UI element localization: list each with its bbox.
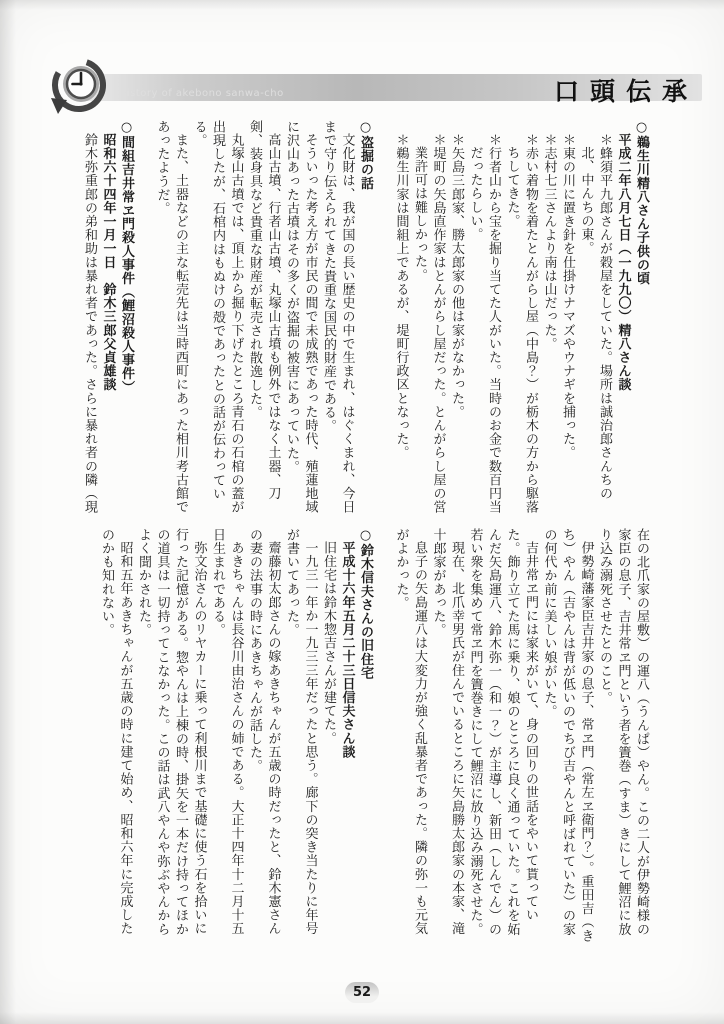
paragraph: 弥文治さんのリヤカーに乗って利根川まで基礎に使う石を拾いに行った記憶がある。惣や… <box>134 528 208 948</box>
paragraph: また、土器などの主な転売先は当時西町にあった相川考古館であったようだ。 <box>152 120 189 516</box>
paragraph: 伊勢崎藩家臣吉井家の息子、常ヱ門（常左ヱ衛門？）。重田吉（きち）やん（吉やんは背… <box>539 528 595 948</box>
paragraph: 鈴木弥重郎の弟和助は暴れ者であった。さらに暴れ者の隣（現 <box>80 120 99 516</box>
text-block-bottom: 在の北爪家の屋敷）の運八（うんぱ）やん。この二人が伊勢崎様の家臣の息子、吉井常ヱ… <box>66 528 650 948</box>
paragraph: あきちゃんは長谷川由治さんの姉である。大正十四年十二月十五日生まれである。 <box>208 528 245 948</box>
paragraph: ＊東の川に置き針を仕掛けナマズやウナギを捕った。 <box>558 120 577 516</box>
paragraph: 旧住宅は鈴木惣吉さんが建てた。 <box>319 528 338 948</box>
paragraph: ＊行者山から宝を掘り当てた人がいた。当時のお金で数百円当だったらしい。 <box>465 120 502 516</box>
page-number-badge: 52 <box>345 982 379 1003</box>
paragraph: 齋藤初太郎さんの嫁あきちゃんが五歳の時だったと、鈴木憲さんの妻の法事の時にあきち… <box>245 528 282 948</box>
paragraph: ＊志村七三さんより南は山だった。 <box>539 120 558 516</box>
section-heading: ○間組吉井常ヱ門殺人事件（鯉沼殺人事件） <box>117 120 136 516</box>
paragraph: 息子の矢島運八は大変力が強く乱暴者であった。隣の弥一も元気がよかった。 <box>391 528 428 948</box>
scan-edge-shadow <box>0 0 16 1024</box>
section-heading: ○鵜生川精八さん子供の頃 <box>632 120 651 516</box>
paragraph: 吉井常ヱ門には家来がいて、身の回りの世話をやいて貰っていた。飾り立てた馬に乗り、… <box>465 528 539 948</box>
scan-edge-shadow <box>0 1012 724 1024</box>
paragraph: 一九三一年か一九三三年だったと思う。廊下の突き当たりに年号が書いてあった。 <box>282 528 319 948</box>
date-line: 平成十六年五月二十三日信夫さん談 <box>337 528 356 948</box>
paragraph: ＊鵜生川家は間組上であるが、堤町行政区となった。 <box>391 120 410 516</box>
paragraph: 文化財は、我が国の長い歴史の中で生まれ、はぐくまれ、今日まで守り伝えられてきた貴… <box>319 120 356 516</box>
date-line: 昭和六十四年一月一日 鈴木三郎父貞雄談 <box>98 120 117 516</box>
header-subtitle: history of akebono sanwa-cho <box>120 88 284 99</box>
paragraph: 昭和五年あきちゃんが五歳の時に建て始め、昭和六年に完成したのかも知れない。 <box>97 528 134 948</box>
paragraph: ＊赤い着物を着たとんがらし屋（中島？）が栃木の方から駆落ちしてきた。 <box>502 120 539 516</box>
date-line: 平成二年八月七日（一九九〇）精八さん談 <box>613 120 632 516</box>
clock-history-icon <box>48 56 108 118</box>
section-heading: ○鈴木信夫さんの旧住宅 <box>356 528 375 948</box>
scanned-book-page: history of akebono sanwa-cho 口頭伝承 ○鵜生川精八… <box>0 0 724 1024</box>
paragraph: そういった考え方が市民の間で未成熟であった時代、殖蓮地域に沢山あった古墳はその多… <box>282 120 319 516</box>
section-heading: ○盗掘の話 <box>356 120 375 516</box>
paragraph: 在の北爪家の屋敷）の運八（うんぱ）やん。この二人が伊勢崎様の家臣の息子、吉井常ヱ… <box>595 528 651 948</box>
text-block-top: ○鵜生川精八さん子供の頃平成二年八月七日（一九九〇）精八さん談＊蜂須平九郎さんが… <box>66 120 650 516</box>
paragraph: ＊堤町の矢島直作家はとんがらし屋だった。とんがらし屋の営業許可は難しかった。 <box>410 120 447 516</box>
scan-edge-shadow <box>0 0 724 10</box>
paragraph: 丸塚山古墳では、頂上から掘り下げたところ青石の石棺の蓋が出現したが、石棺内はもぬ… <box>189 120 245 516</box>
paragraph: ＊蜂須平九郎さんが穀屋をしていた。場所は誠治郎さんちの北、中んちの東。 <box>576 120 613 516</box>
paragraph: ＊矢島三郎家、勝太郎家の他は家がなかった。 <box>447 120 466 516</box>
paragraph: 高山古墳、行者山古墳、丸塚山古墳も例外ではなく土器、刀剣、装身具など貴重な財産が… <box>245 120 282 516</box>
paragraph: 現在、北爪幸男氏が住んでいるところに矢島勝太郎家の本家、滝十郎家があった。 <box>428 528 465 948</box>
page-title: 口頭伝承 <box>554 72 698 108</box>
